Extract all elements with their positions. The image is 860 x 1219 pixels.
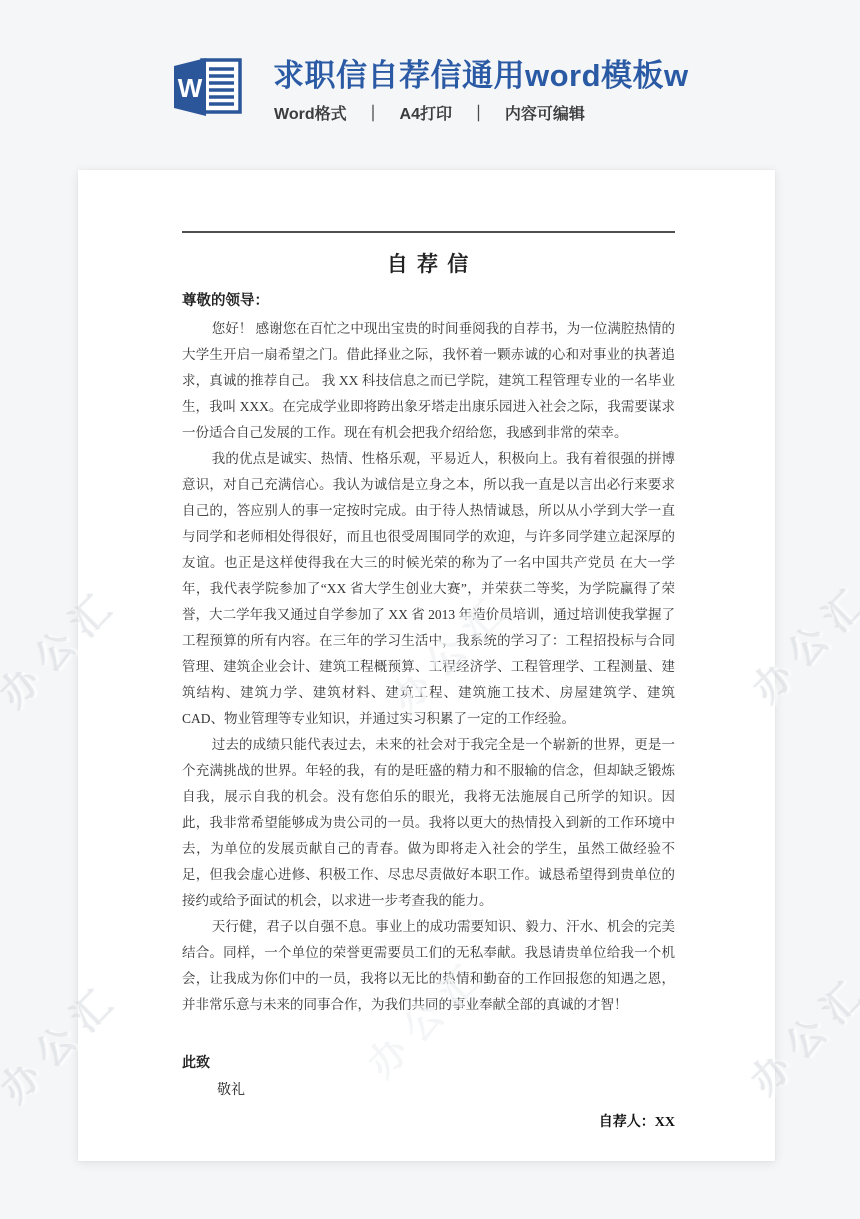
template-title: 求职信自荐信通用word模板w bbox=[273, 50, 689, 95]
letter-paragraph-4: 天行健，君子以自强不息。事业上的成功需要知识、毅力、汗水、机会的完美结合。同样，… bbox=[182, 914, 675, 1018]
letter-salute: 敬礼 bbox=[182, 1079, 675, 1103]
document-page: 自 荐 信 尊敬的领导： 您好！ 感谢您在百忙之中现出宝贵的时间垂阅我的自荐书，… bbox=[78, 170, 775, 1161]
letter-paragraph-1: 您好！ 感谢您在百忙之中现出宝贵的时间垂阅我的自荐书，为一位满腔热情的大学生开启… bbox=[182, 316, 675, 446]
letter-signature: 自荐人：XX bbox=[182, 1111, 675, 1135]
letter-content: 自 荐 信 尊敬的领导： 您好！ 感谢您在百忙之中现出宝贵的时间垂阅我的自荐书，… bbox=[78, 231, 775, 1135]
letter-salutation: 尊敬的领导： bbox=[182, 289, 675, 313]
meta-separator-1: ｜ bbox=[365, 106, 381, 123]
meta-print: A4打印 bbox=[400, 106, 452, 123]
letter-title: 自 荐 信 bbox=[182, 249, 675, 279]
meta-separator-2: ｜ bbox=[470, 106, 486, 123]
letter-closing: 此致 bbox=[182, 1052, 675, 1076]
top-rule bbox=[182, 231, 675, 233]
meta-editable: 内容可编辑 bbox=[505, 106, 585, 123]
template-preview-page: { "header": { "title": "求职信自荐信通用word模板w"… bbox=[0, 0, 860, 1219]
svg-text:W: W bbox=[178, 73, 203, 103]
meta-format: Word格式 bbox=[274, 106, 347, 123]
letter-paragraph-3: 过去的成绩只能代表过去，未来的社会对于我完全是一个崭新的世界，更是一个充满挑战的… bbox=[182, 732, 675, 914]
word-file-icon: W bbox=[170, 54, 244, 120]
header: W 求职信自荐信通用word模板w Word格式 ｜ A4打印 ｜ 内容可编辑 bbox=[0, 0, 860, 150]
template-meta: Word格式 ｜ A4打印 ｜ 内容可编辑 bbox=[274, 101, 585, 124]
letter-paragraph-2: 我的优点是诚实、热情、性格乐观，平易近人，积极向上。我有着很强的拼博意识，对自己… bbox=[182, 446, 675, 732]
